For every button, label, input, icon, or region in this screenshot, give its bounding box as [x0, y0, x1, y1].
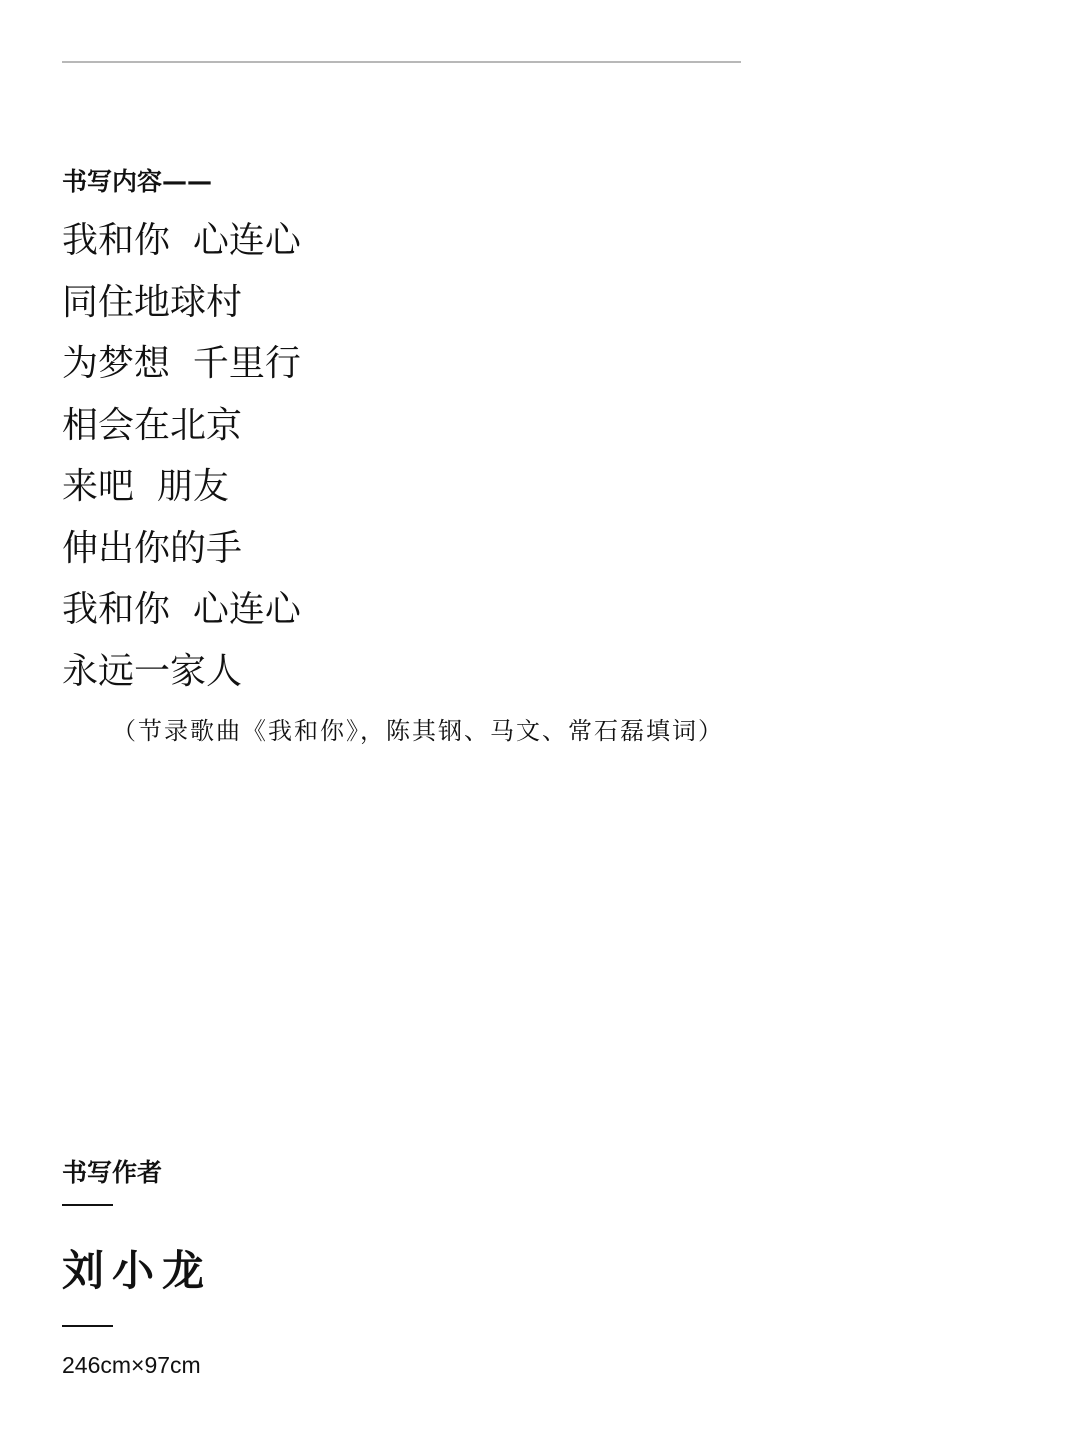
short-divider — [62, 1204, 113, 1206]
short-divider — [62, 1325, 113, 1327]
poem-line: 永远一家人 — [62, 645, 301, 707]
author-name: 刘小龙 — [62, 1238, 212, 1298]
artwork-dimensions: 246cm×97cm — [62, 1352, 201, 1379]
content-section-label: 书写内容—— — [62, 162, 212, 198]
poem-line: 来吧 朋友 — [62, 460, 301, 522]
poem-line: 我和你 心连心 — [62, 214, 301, 276]
author-section-label: 书写作者 — [62, 1153, 162, 1189]
poem-line: 我和你 心连心 — [62, 583, 301, 645]
poem-line: 为梦想 千里行 — [62, 337, 301, 399]
top-divider — [62, 61, 741, 63]
source-note: （节录歌曲《我和你》，陈其钢、马文、常石磊填词） — [112, 711, 724, 746]
poem-line: 相会在北京 — [62, 399, 301, 461]
poem-line: 同住地球村 — [62, 276, 301, 338]
poem-line: 伸出你的手 — [62, 522, 301, 584]
poem-text: 我和你 心连心 同住地球村 为梦想 千里行 相会在北京 来吧 朋友 伸出你的手 … — [62, 214, 301, 706]
